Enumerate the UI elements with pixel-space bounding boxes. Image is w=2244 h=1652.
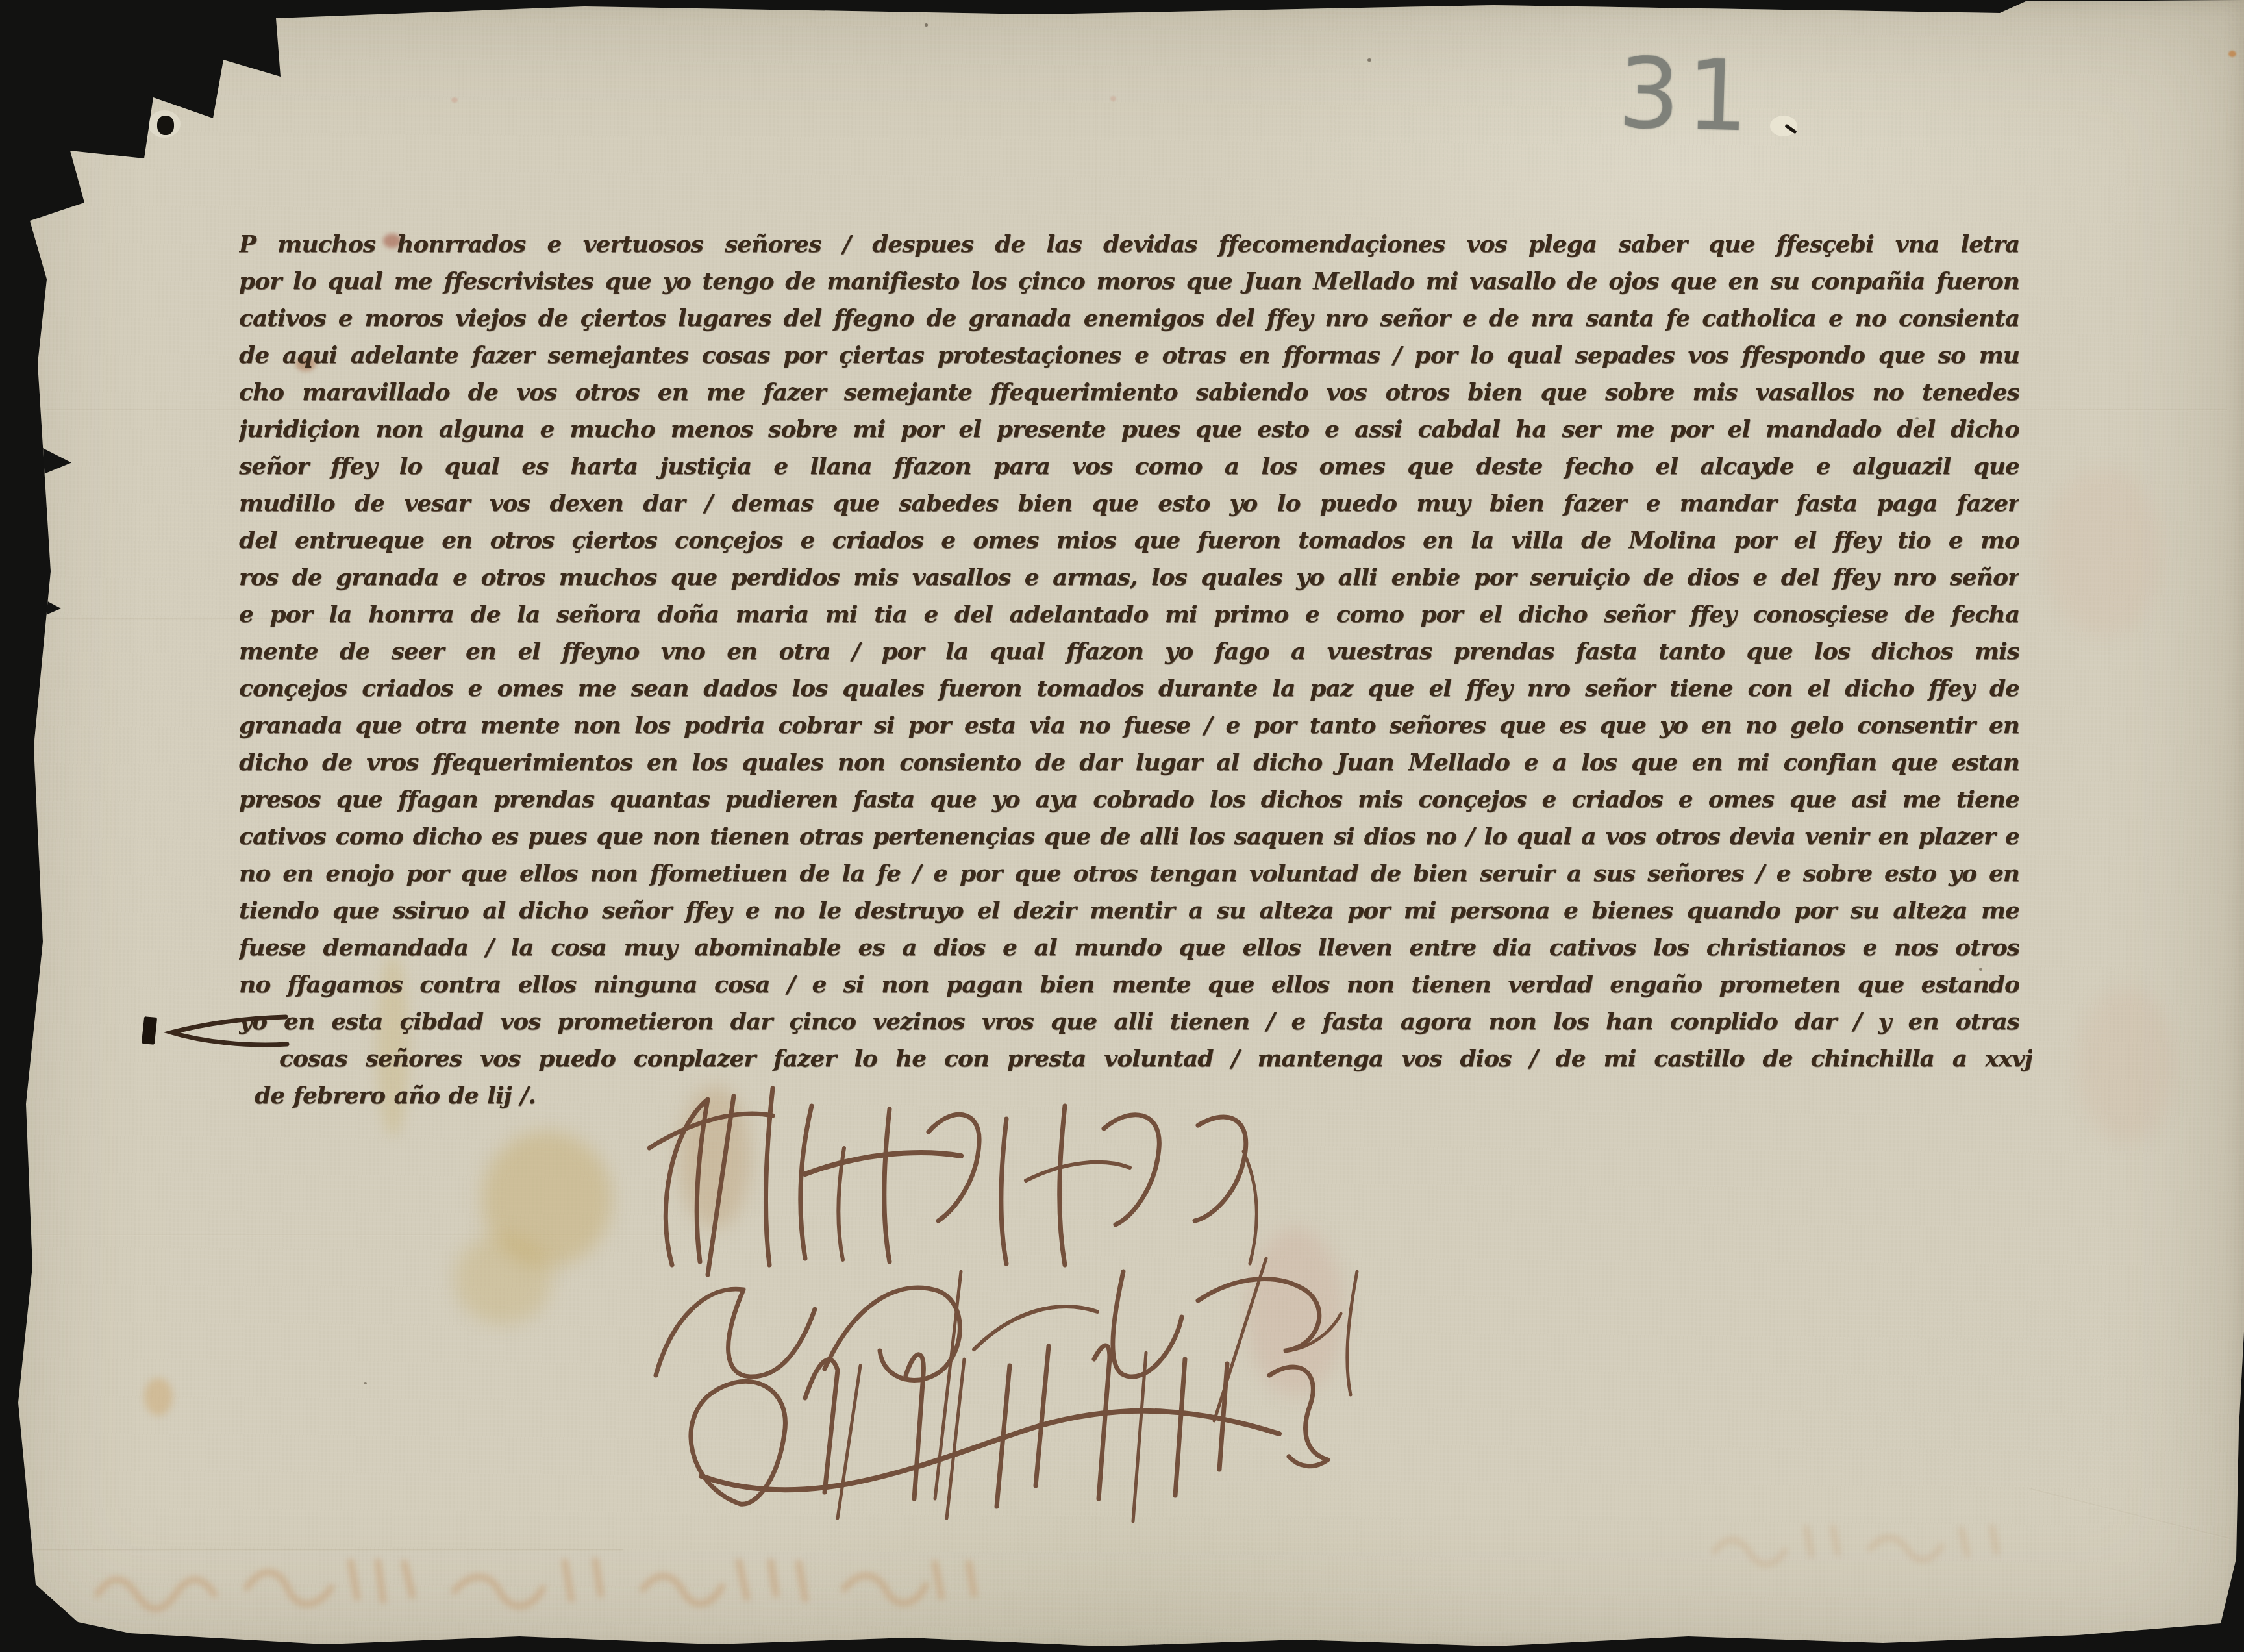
parchment-sheet: 31 P muchos honrrados e vertuosos señore… — [0, 0, 2244, 1652]
speck — [364, 1382, 367, 1384]
speck-pink — [451, 97, 458, 103]
stain-right-margin-upper — [2045, 468, 2162, 636]
manuscript-line: cativos como dicho es pues que non tiene… — [239, 818, 2019, 855]
manuscript-line: del entrueque en otros çiertos conçejos … — [239, 522, 2019, 559]
manuscript-line: por lo qual me ffescrivistes que yo teng… — [239, 263, 2019, 300]
manuscript-line: dicho de vros ffequerimientos en los qua… — [239, 744, 2019, 781]
edge-notch-upper — [38, 445, 71, 477]
manuscript-line: conçejos criados e omes me sean dados lo… — [239, 670, 2019, 707]
manuscript-line: P muchos honrrados e vertuosos señores /… — [239, 226, 2019, 263]
manuscript-line: presos que ffagan prendas quantas pudier… — [239, 781, 2019, 818]
speck-pink — [1110, 96, 1116, 101]
stain-yellow-lower — [455, 1234, 552, 1325]
ink-bleedthrough — [78, 1549, 1052, 1627]
letter-text-block: P muchos honrrados e vertuosos señores /… — [239, 226, 2019, 1040]
manuscript-line: de aqui adelante fazer semejantes cosas … — [239, 337, 2019, 374]
manuscript-line: e por la honrra de la señora doña maria … — [239, 596, 2019, 633]
manuscript-line: cativos e moros viejos de çiertos lugare… — [239, 300, 2019, 337]
manuscript-line: cho maravillado de vos otros en me fazer… — [239, 374, 2019, 411]
manuscript-line: ros de granada e otros muchos que perdid… — [239, 559, 2019, 596]
stain-right-margin-lower — [2078, 987, 2175, 1143]
speck-rust-right-edge — [2228, 51, 2236, 57]
speck — [216, 34, 221, 37]
manuscript-line: mente de seer en el ffeyno vno en otra /… — [239, 633, 2019, 670]
speck — [925, 23, 928, 27]
paper-chip — [1770, 116, 1797, 136]
edge-notch-lower — [35, 595, 61, 619]
manuscript-line: juridiçion non alguna e mucho menos sobr… — [239, 411, 2019, 448]
scan-background: 31 P muchos honrrados e vertuosos señore… — [0, 0, 2244, 1652]
manuscript-line: no en enojo por que ellos non ffometiuen… — [239, 855, 2019, 892]
manuscript-line: no ffagamos contra ellos ninguna cosa / … — [239, 966, 2019, 1003]
manuscript-line: mudillo de vesar vos dexen dar / demas q… — [239, 485, 2019, 522]
manuscript-line: yo en esta çibdad vos prometieron dar çi… — [239, 1003, 2019, 1040]
manuscript-line: fuese demandada / la cosa muy abominable… — [239, 929, 2019, 966]
speck — [1367, 58, 1371, 62]
pencil-folio-number: 31 — [1617, 37, 1756, 153]
signature-rubric — [610, 1070, 1428, 1525]
stain-bottom-left-tan — [144, 1378, 173, 1416]
crease-bottom-right — [2028, 1488, 2230, 1540]
manuscript-line: tiendo que ssiruo al dicho señor ffey e … — [239, 892, 2019, 929]
ink-blot — [142, 1016, 157, 1045]
torn-edge-hole — [157, 116, 174, 135]
manuscript-line: señor ffey lo qual es harta justiçia e l… — [239, 448, 2019, 485]
manuscript-line: granada que otra mente non los podria co… — [239, 707, 2019, 744]
ink-bleedthrough-right — [1701, 1520, 2026, 1571]
margin-arrow-flourish — [162, 1012, 292, 1051]
